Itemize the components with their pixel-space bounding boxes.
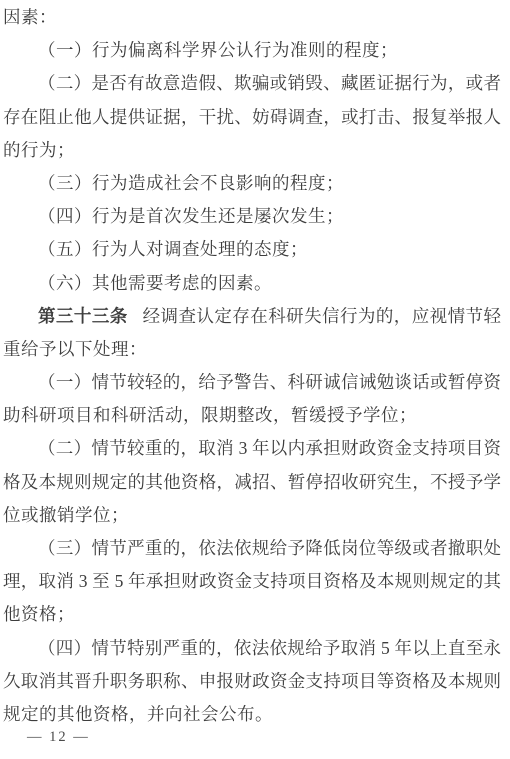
text-line: 位或撤销学位； bbox=[3, 499, 501, 532]
text-line: 格及本规则规定的其他资格，减招、暂停招收研究生，不授予学 bbox=[3, 466, 501, 499]
list-item-line: （一）情节较轻的，给予警告、科研诚信诫勉谈话或暂停资 bbox=[3, 366, 501, 399]
page-number: — 12 — bbox=[27, 729, 90, 746]
list-item-line: （三）行为造成社会不良影响的程度； bbox=[3, 167, 501, 200]
article-text: 经调查认定存在科研失信行为的，应视情节轻 bbox=[143, 306, 501, 326]
list-item-line: （六）其他需要考虑的因素。 bbox=[3, 267, 501, 300]
list-item-line: （三）情节严重的，依法依规给予降低岗位等级或者撤职处 bbox=[3, 532, 501, 565]
article-33-heading-line: 第三十三条经调查认定存在科研失信行为的，应视情节轻 bbox=[3, 300, 501, 333]
text-line: 的行为； bbox=[3, 134, 501, 167]
list-item-line: （四）情节特别严重的，依法依规给予取消 5 年以上直至永 bbox=[3, 632, 501, 665]
text-line: 存在阻止他人提供证据，干扰、妨碍调查，或打击、报复举报人 bbox=[3, 101, 501, 134]
article-number: 第三十三条 bbox=[38, 306, 128, 326]
list-item-line: （四）行为是首次发生还是屡次发生； bbox=[3, 200, 501, 233]
text-line: 因素： bbox=[3, 1, 501, 34]
list-item-line: （五）行为人对调查处理的态度； bbox=[3, 233, 501, 266]
text-line: 重给予以下处理： bbox=[3, 333, 501, 366]
text-line: 助科研项目和科研活动，限期整改，暂缓授予学位； bbox=[3, 399, 501, 432]
text-line: 他资格； bbox=[3, 598, 501, 631]
list-item-line: （二）是否有故意造假、欺骗或销毁、藏匿证据行为，或者 bbox=[3, 67, 501, 100]
text-line: 规定的其他资格，并向社会公布。 bbox=[3, 698, 501, 731]
document-page: 因素： （一）行为偏离科学界公认行为准则的程度； （二）是否有故意造假、欺骗或销… bbox=[0, 0, 510, 759]
text-line: 久取消其晋升职务职称、申报财政资金支持项目等资格及本规则 bbox=[3, 665, 501, 698]
list-item-line: （二）情节较重的，取消 3 年以内承担财政资金支持项目资 bbox=[3, 432, 501, 465]
text-line: 理，取消 3 至 5 年承担财政资金支持项目资格及本规则规定的其 bbox=[3, 565, 501, 598]
document-body: 因素： （一）行为偏离科学界公认行为准则的程度； （二）是否有故意造假、欺骗或销… bbox=[0, 0, 510, 731]
list-item-line: （一）行为偏离科学界公认行为准则的程度； bbox=[3, 34, 501, 67]
